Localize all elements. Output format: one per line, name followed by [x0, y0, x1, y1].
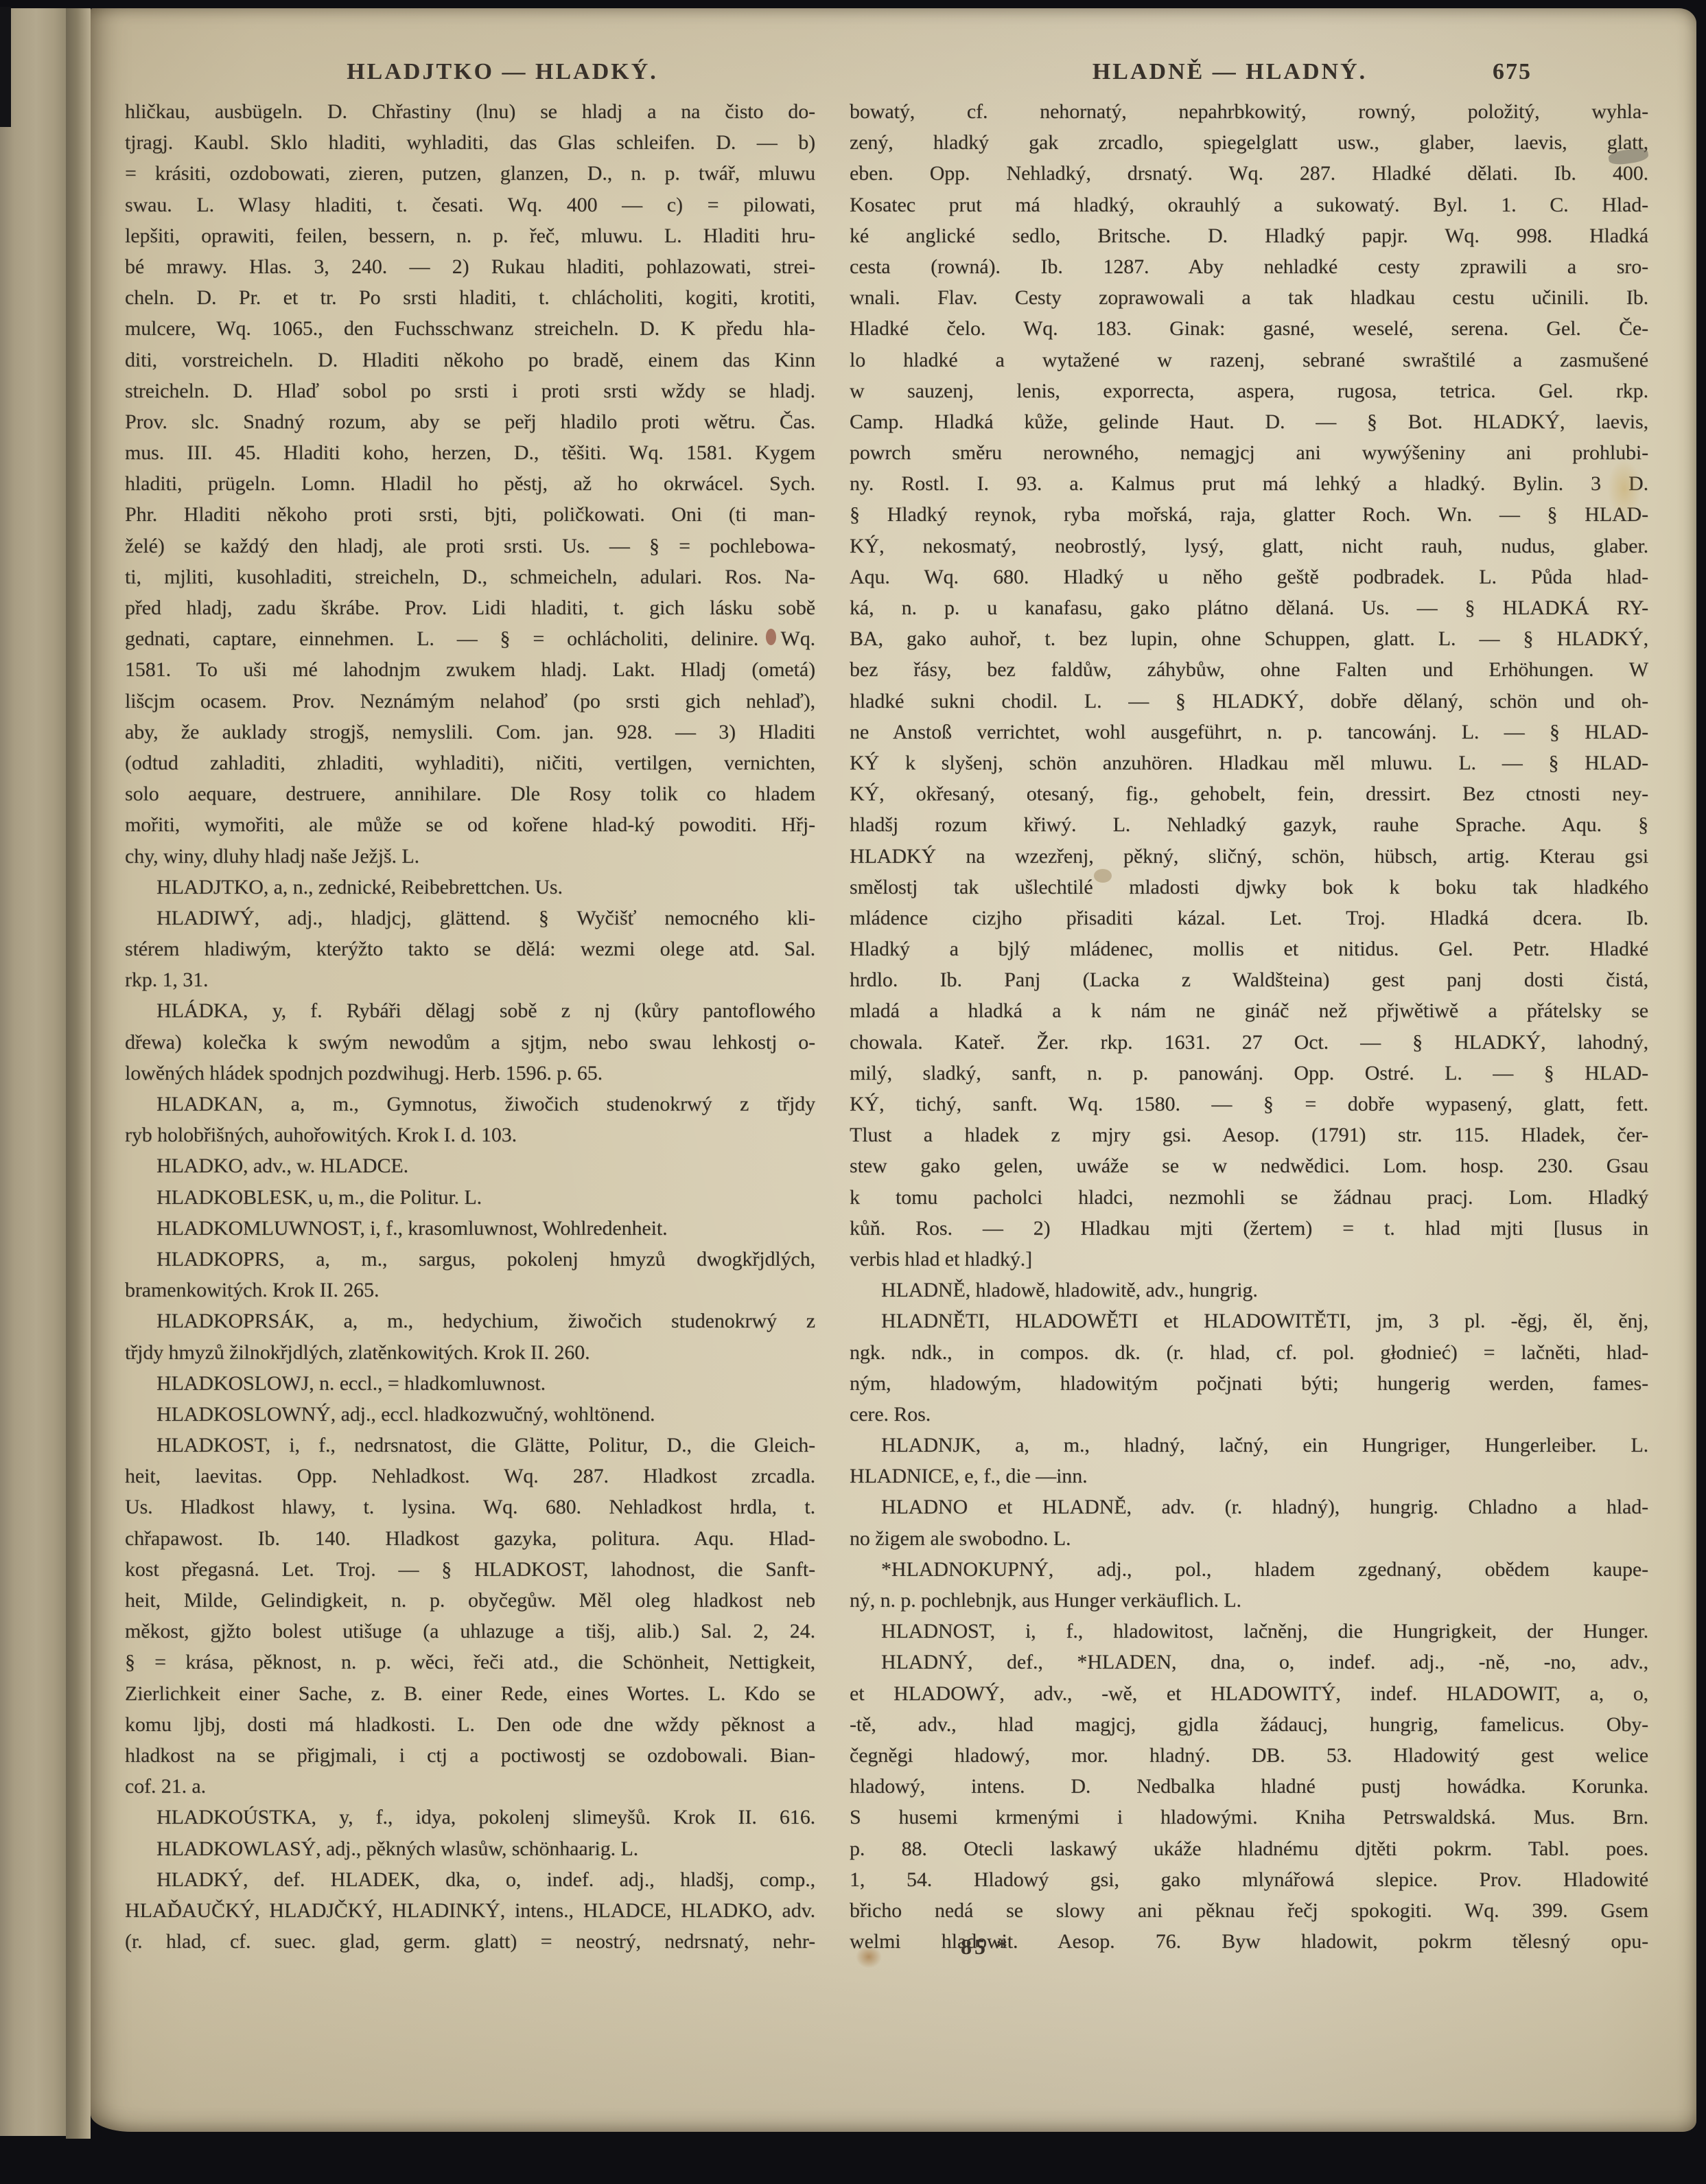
right-text-line: zený, hladký gak zrcadlo, spiegelglatt u… — [850, 127, 1648, 158]
right-text-line: stew gako gelen, uwáže se w nedwědici. L… — [850, 1150, 1648, 1181]
right-text-line: Kosatec prut má hladký, okrauhlý a sukow… — [850, 189, 1648, 220]
left-text-line: HLADKÝ, def. HLADEK, dka, o, indef. adj.… — [125, 1864, 815, 1895]
right-text-line: hladšj rozum křiwý. L. Nehladký gazyk, r… — [850, 809, 1648, 840]
right-text-line: HLADNO et HLADNĚ, adv. (r. hladný), hung… — [850, 1491, 1648, 1522]
left-text-line: HLADKAN, a, m., Gymnotus, žiwočich stude… — [125, 1089, 815, 1119]
right-text-line: kůň. Ros. — 2) Hladkau mjti (žertem) = t… — [850, 1213, 1648, 1244]
left-text-line: aby, že auklady strogjš, nemyslili. Com.… — [125, 717, 815, 747]
right-text-line: HLADNĚ, hladowě, hladowitě, adv., hungri… — [850, 1275, 1648, 1305]
left-text-line: Zierlichkeit einer Sache, z. B. einer Re… — [125, 1678, 815, 1709]
right-text-line: Hladký a bjlý mládenec, mollis et nitidu… — [850, 933, 1648, 964]
left-text-line: želé) se každý den hladj, ale proti srst… — [125, 531, 815, 561]
binding-shadow — [0, 7, 11, 127]
left-text-line: HLADKO, adv., w. HLADCE. — [125, 1150, 815, 1181]
right-text-line: Hladké čelo. Wq. 183. Ginak: gasné, wese… — [850, 313, 1648, 344]
right-text-line: ké anglické sedlo, Britsche. D. Hladký p… — [850, 220, 1648, 251]
left-text-line: = krásiti, ozdobowati, zieren, putzen, g… — [125, 158, 815, 189]
sheet-signature: 85 * — [961, 1934, 1010, 1960]
left-text-line: mořiti, wymořiti, ale může se od kořene … — [125, 809, 815, 840]
right-text-line: lo hladké a wytažené w razenj, sebrané s… — [850, 345, 1648, 375]
right-text-line: ným, hladowým, hladowitým počjnati býti;… — [850, 1368, 1648, 1399]
ink-spot — [766, 629, 776, 645]
right-text-line: Camp. Hladká kůže, gelinde Haut. D. — § … — [850, 406, 1648, 437]
right-text-line: KÝ, okřesaný, otesaný, fig., gehobelt, f… — [850, 778, 1648, 809]
right-text-line: mládence cizjho přisaditi kázal. Let. Tr… — [850, 903, 1648, 933]
right-text-line: ny. Rostl. I. 93. a. Kalmus prut má lehk… — [850, 468, 1648, 499]
right-text-line: S husemi krmenými i hladowými. Kniha Pet… — [850, 1802, 1648, 1833]
right-text-line: smělostj tak ušlechtilé mladosti djwky b… — [850, 872, 1648, 903]
right-text-line: chowala. Kateř. Žer. rkp. 1631. 27 Oct. … — [850, 1027, 1648, 1058]
left-text-line: před hladj, zadu škrábe. Prov. Lidi hlad… — [125, 592, 815, 623]
left-text-line: gednati, captare, einnehmen. L. — § = oc… — [125, 623, 815, 654]
left-text-line: § = krása, pěknost, n. p. wěci, řeči atd… — [125, 1647, 815, 1677]
right-text-line: no žigem ale swobodno. L. — [850, 1523, 1648, 1554]
left-text-line: HLADIWÝ, adj., hladjcj, glättend. § Wyči… — [125, 903, 815, 933]
left-text-line: HLADKOÚSTKA, y, f., idya, pokolenj slime… — [125, 1802, 815, 1833]
right-text-line: BA, gako auhoř, t. bez lupin, ohne Schup… — [850, 623, 1648, 654]
left-text-line: HLADKOSLOWNÝ, adj., eccl. hladkozwučný, … — [125, 1399, 815, 1430]
left-text-line: solo aequare, destruere, annihilare. Dle… — [125, 778, 815, 809]
right-text-line: bez řásy, bez faldůw, záhybůw, ohne Falt… — [850, 654, 1648, 685]
right-text-line: hrdlo. Ib. Panj (Lacka z Waldšteina) ges… — [850, 964, 1648, 995]
right-text-line: ngk. ndk., in compos. dk. (r. hlad, cf. … — [850, 1337, 1648, 1368]
right-text-line: Aqu. Wq. 680. Hladký u něho geště podbra… — [850, 561, 1648, 592]
right-text-line: břicho nedá se slowy ani pěknau řečj spo… — [850, 1895, 1648, 1926]
left-text-line: HLÁDKA, y, f. Rybáři dělagj sobě z nj (k… — [125, 995, 815, 1026]
left-text-line: třjdy hmyzů žilnokřjdlých, zlatěnkowitýc… — [125, 1337, 815, 1368]
left-text-line: HLADJTKO, a, n., zednické, Reibebrettche… — [125, 872, 815, 903]
right-text-line: ne Anstoß verrichtet, wohl ausgeführt, n… — [850, 717, 1648, 747]
right-text-line: *HLADNOKUPNÝ, adj., pol., hladem zgednan… — [850, 1554, 1648, 1585]
right-text-line: powrch směru nerowného, nemagjcj ani wyw… — [850, 437, 1648, 468]
left-text-line: Prov. slc. Snadný rozum, aby se peřj hla… — [125, 406, 815, 437]
right-text-line: cere. Ros. — [850, 1399, 1648, 1430]
left-text-line: Phr. Hladiti někoho proti srsti, bjti, p… — [125, 499, 815, 530]
left-text-line: swau. L. Wlasy hladiti, t. česati. Wq. 4… — [125, 189, 815, 220]
gutter-crease — [66, 8, 91, 2139]
left-text-line: chy, winy, dluhy hladj naše Ježjš. L. — [125, 841, 815, 872]
left-text-line: HLADKOMLUWNOST, i, f., krasomluwnost, Wo… — [125, 1213, 815, 1244]
right-text-line: 1, 54. Hladowý gsi, gako mlynářowá slepi… — [850, 1864, 1648, 1895]
left-text-line: HLADKOPRSÁK, a, m., hedychium, žiwočich … — [125, 1305, 815, 1336]
left-text-line: mulcere, Wq. 1065., den Fuchsschwanz str… — [125, 313, 815, 344]
right-text-line: KÝ, nekosmatý, neobrostlý, lysý, glatt, … — [850, 531, 1648, 561]
left-text-line: (odtud zahladiti, zhladiti, wyhladiti), … — [125, 747, 815, 778]
right-text-line: eben. Opp. Nehladký, drsnatý. Wq. 287. H… — [850, 158, 1648, 189]
right-text-line: Tlust a hladek z mjry gsi. Aesop. (1791)… — [850, 1119, 1648, 1150]
right-text-line: w sauzenj, lenis, exporrecta, aspera, ru… — [850, 375, 1648, 406]
left-text-line: komu ljbj, dosti má hladkosti. L. Den od… — [125, 1709, 815, 1740]
left-text-line: lowěných hládek spodnjch pozdwihugj. Her… — [125, 1058, 815, 1089]
left-text-line: HLADKOSLOWJ, n. eccl., = hladkomluwnost. — [125, 1368, 815, 1399]
left-text-line: 1581. To uši mé lahodnjm zwukem hladj. L… — [125, 654, 815, 685]
right-text-line: čegněgi hladowý, mor. hladný. DB. 53. Hl… — [850, 1740, 1648, 1771]
left-text-line: tjragj. Kaubl. Sklo hladiti, wyhladiti, … — [125, 127, 815, 158]
left-text-line: mus. III. 45. Hladiti koho, herzen, D., … — [125, 437, 815, 468]
right-text-line: hladké sukni chodil. L. — § HLADKÝ, dobř… — [850, 686, 1648, 717]
left-text-line: měkost, gjžto bolest utišuge (a uhlazuge… — [125, 1616, 815, 1647]
left-text-line: ti, mjliti, kusohladiti, streicheln, D.,… — [125, 561, 815, 592]
left-text-line: bé mrawy. Hlas. 3, 240. — 2) Rukau hladi… — [125, 251, 815, 282]
left-text-line: stérem hladiwým, kterýžto takto se dělá:… — [125, 933, 815, 964]
right-column: bowatý, cf. nehornatý, nepahrbkowitý, ro… — [850, 96, 1648, 1957]
paper-stain — [1600, 448, 1648, 530]
opposite-page-edge — [0, 8, 66, 2136]
left-text-line: cof. 21. a. — [125, 1771, 815, 1802]
left-text-line: lišcjm ocasem. Prov. Neznámým nelahoď (p… — [125, 686, 815, 717]
left-column: hličkau, ausbügeln. D. Chřastiny (lnu) s… — [125, 96, 815, 1957]
left-text-line: streicheln. D. Hlaď sobol po srsti i pro… — [125, 375, 815, 406]
left-text-line: ryb holobřišných, auhořowitých. Krok I. … — [125, 1119, 815, 1150]
left-text-line: heit, laevitas. Opp. Nehladkost. Wq. 287… — [125, 1461, 815, 1491]
right-text-line: p. 88. Otecli laskawý ukáže hladnému djt… — [850, 1833, 1648, 1864]
left-text-line: HLAĎAUČKÝ, HLADJČKÝ, HLADINKÝ, intens., … — [125, 1895, 815, 1926]
right-text-line: mladá a hladká a k nám ne gináč než přjw… — [850, 995, 1648, 1026]
right-text-line: HLADNJK, a, m., hladný, lačný, ein Hungr… — [850, 1430, 1648, 1461]
right-text-line: hladowý, intens. D. Nedbalka hladné pust… — [850, 1771, 1648, 1802]
left-text-line: hličkau, ausbügeln. D. Chřastiny (lnu) s… — [125, 96, 815, 127]
right-text-line: ká, n. p. u kanafasu, gako plátno dělaná… — [850, 592, 1648, 623]
right-text-line: verbis hlad et hladký.] — [850, 1244, 1648, 1275]
right-text-line: § Hladký reynok, ryba mořská, raja, glat… — [850, 499, 1648, 530]
left-text-line: hladiti, prügeln. Lomn. Hladil ho pěstj,… — [125, 468, 815, 499]
left-text-line: HLADKOWLASÝ, adj., pěkných wlasůw, schön… — [125, 1833, 815, 1864]
running-header-left: HLADJTKO — HLADKÝ. — [159, 59, 845, 93]
left-text-line: HLADKOST, i, f., nedrsnatost, die Glätte… — [125, 1430, 815, 1461]
right-text-line: bowatý, cf. nehornatý, nepahrbkowitý, ro… — [850, 96, 1648, 127]
right-text-line: k tomu pacholci hladci, nezmohli se žádn… — [850, 1182, 1648, 1213]
paper-stain — [851, 1941, 887, 1973]
right-text-line: HLADNICE, e, f., die —inn. — [850, 1461, 1648, 1491]
page-number: 675 — [1493, 59, 1532, 85]
right-text-line: wnali. Flav. Cesty zoprawowali a tak hla… — [850, 282, 1648, 313]
left-text-line: rkp. 1, 31. — [125, 964, 815, 995]
right-text-line: cesta (rowná). Ib. 1287. Aby nehladké ce… — [850, 251, 1648, 282]
right-text-line: HLADKÝ na wzezřenj, pěkný, sličný, schön… — [850, 841, 1648, 872]
left-text-line: hladkost na se přigjmali, i ctj a poctiw… — [125, 1740, 815, 1771]
left-text-line: HLADKOBLESK, u, m., die Politur. L. — [125, 1182, 815, 1213]
right-text-line: ný, n. p. pochlebnjk, aus Hunger verkäuf… — [850, 1585, 1648, 1616]
right-text-line: HLADNOST, i, f., hladowitost, lačněnj, d… — [850, 1616, 1648, 1647]
right-text-line: HLADNĚTI, HLADOWĚTI et HLADOWITĚTI, jm, … — [850, 1305, 1648, 1336]
right-text-line: et HLADOWÝ, adv., -wě, et HLADOWITÝ, ind… — [850, 1678, 1648, 1709]
paper-speck — [1094, 869, 1112, 883]
book-scan: HLADJTKO — HLADKÝ. HLADNĚ — HLADNÝ. 675 … — [0, 0, 1706, 2184]
left-text-line: kost přegasná. Let. Troj. — § HLADKOST, … — [125, 1554, 815, 1585]
left-text-line: (r. hlad, cf. suec. glad, germ. glatt) =… — [125, 1926, 815, 1957]
left-text-line: lepšiti, oprawiti, feilen, bessern, n. p… — [125, 220, 815, 251]
left-text-line: cheln. D. Pr. et tr. Po srsti hladiti, t… — [125, 282, 815, 313]
right-text-line: KÝ k slyšenj, schön anzuhören. Hladkau m… — [850, 747, 1648, 778]
left-text-line: diti, vorstreicheln. D. Hladiti někoho p… — [125, 345, 815, 375]
running-header-right: HLADNĚ — HLADNÝ. — [866, 59, 1593, 93]
right-text-line: HLADNÝ, def., *HLADEN, dna, o, indef. ad… — [850, 1647, 1648, 1677]
left-text-line: chřapawost. Ib. 140. Hladkost gazyka, po… — [125, 1523, 815, 1554]
dictionary-page: HLADJTKO — HLADKÝ. HLADNĚ — HLADNÝ. 675 … — [91, 8, 1696, 2132]
right-text-line: -tě, adv., hlad magjcj, gjdla žádaucj, h… — [850, 1709, 1648, 1740]
left-text-line: HLADKOPRS, a, m., sargus, pokolenj hmyzů… — [125, 1244, 815, 1275]
left-text-line: dřewa) kolečka k swým newodům a sjtjm, n… — [125, 1027, 815, 1058]
right-text-line: KÝ, tichý, sanft. Wq. 1580. — § = dobře … — [850, 1089, 1648, 1119]
left-text-line: heit, Milde, Gelindigkeit, n. p. obyčegů… — [125, 1585, 815, 1616]
left-text-line: bramenkowitých. Krok II. 265. — [125, 1275, 815, 1305]
right-text-line: milý, sladký, sanft, n. p. panowánj. Opp… — [850, 1058, 1648, 1089]
left-text-line: Us. Hladkost hlawy, t. lysina. Wq. 680. … — [125, 1491, 815, 1522]
